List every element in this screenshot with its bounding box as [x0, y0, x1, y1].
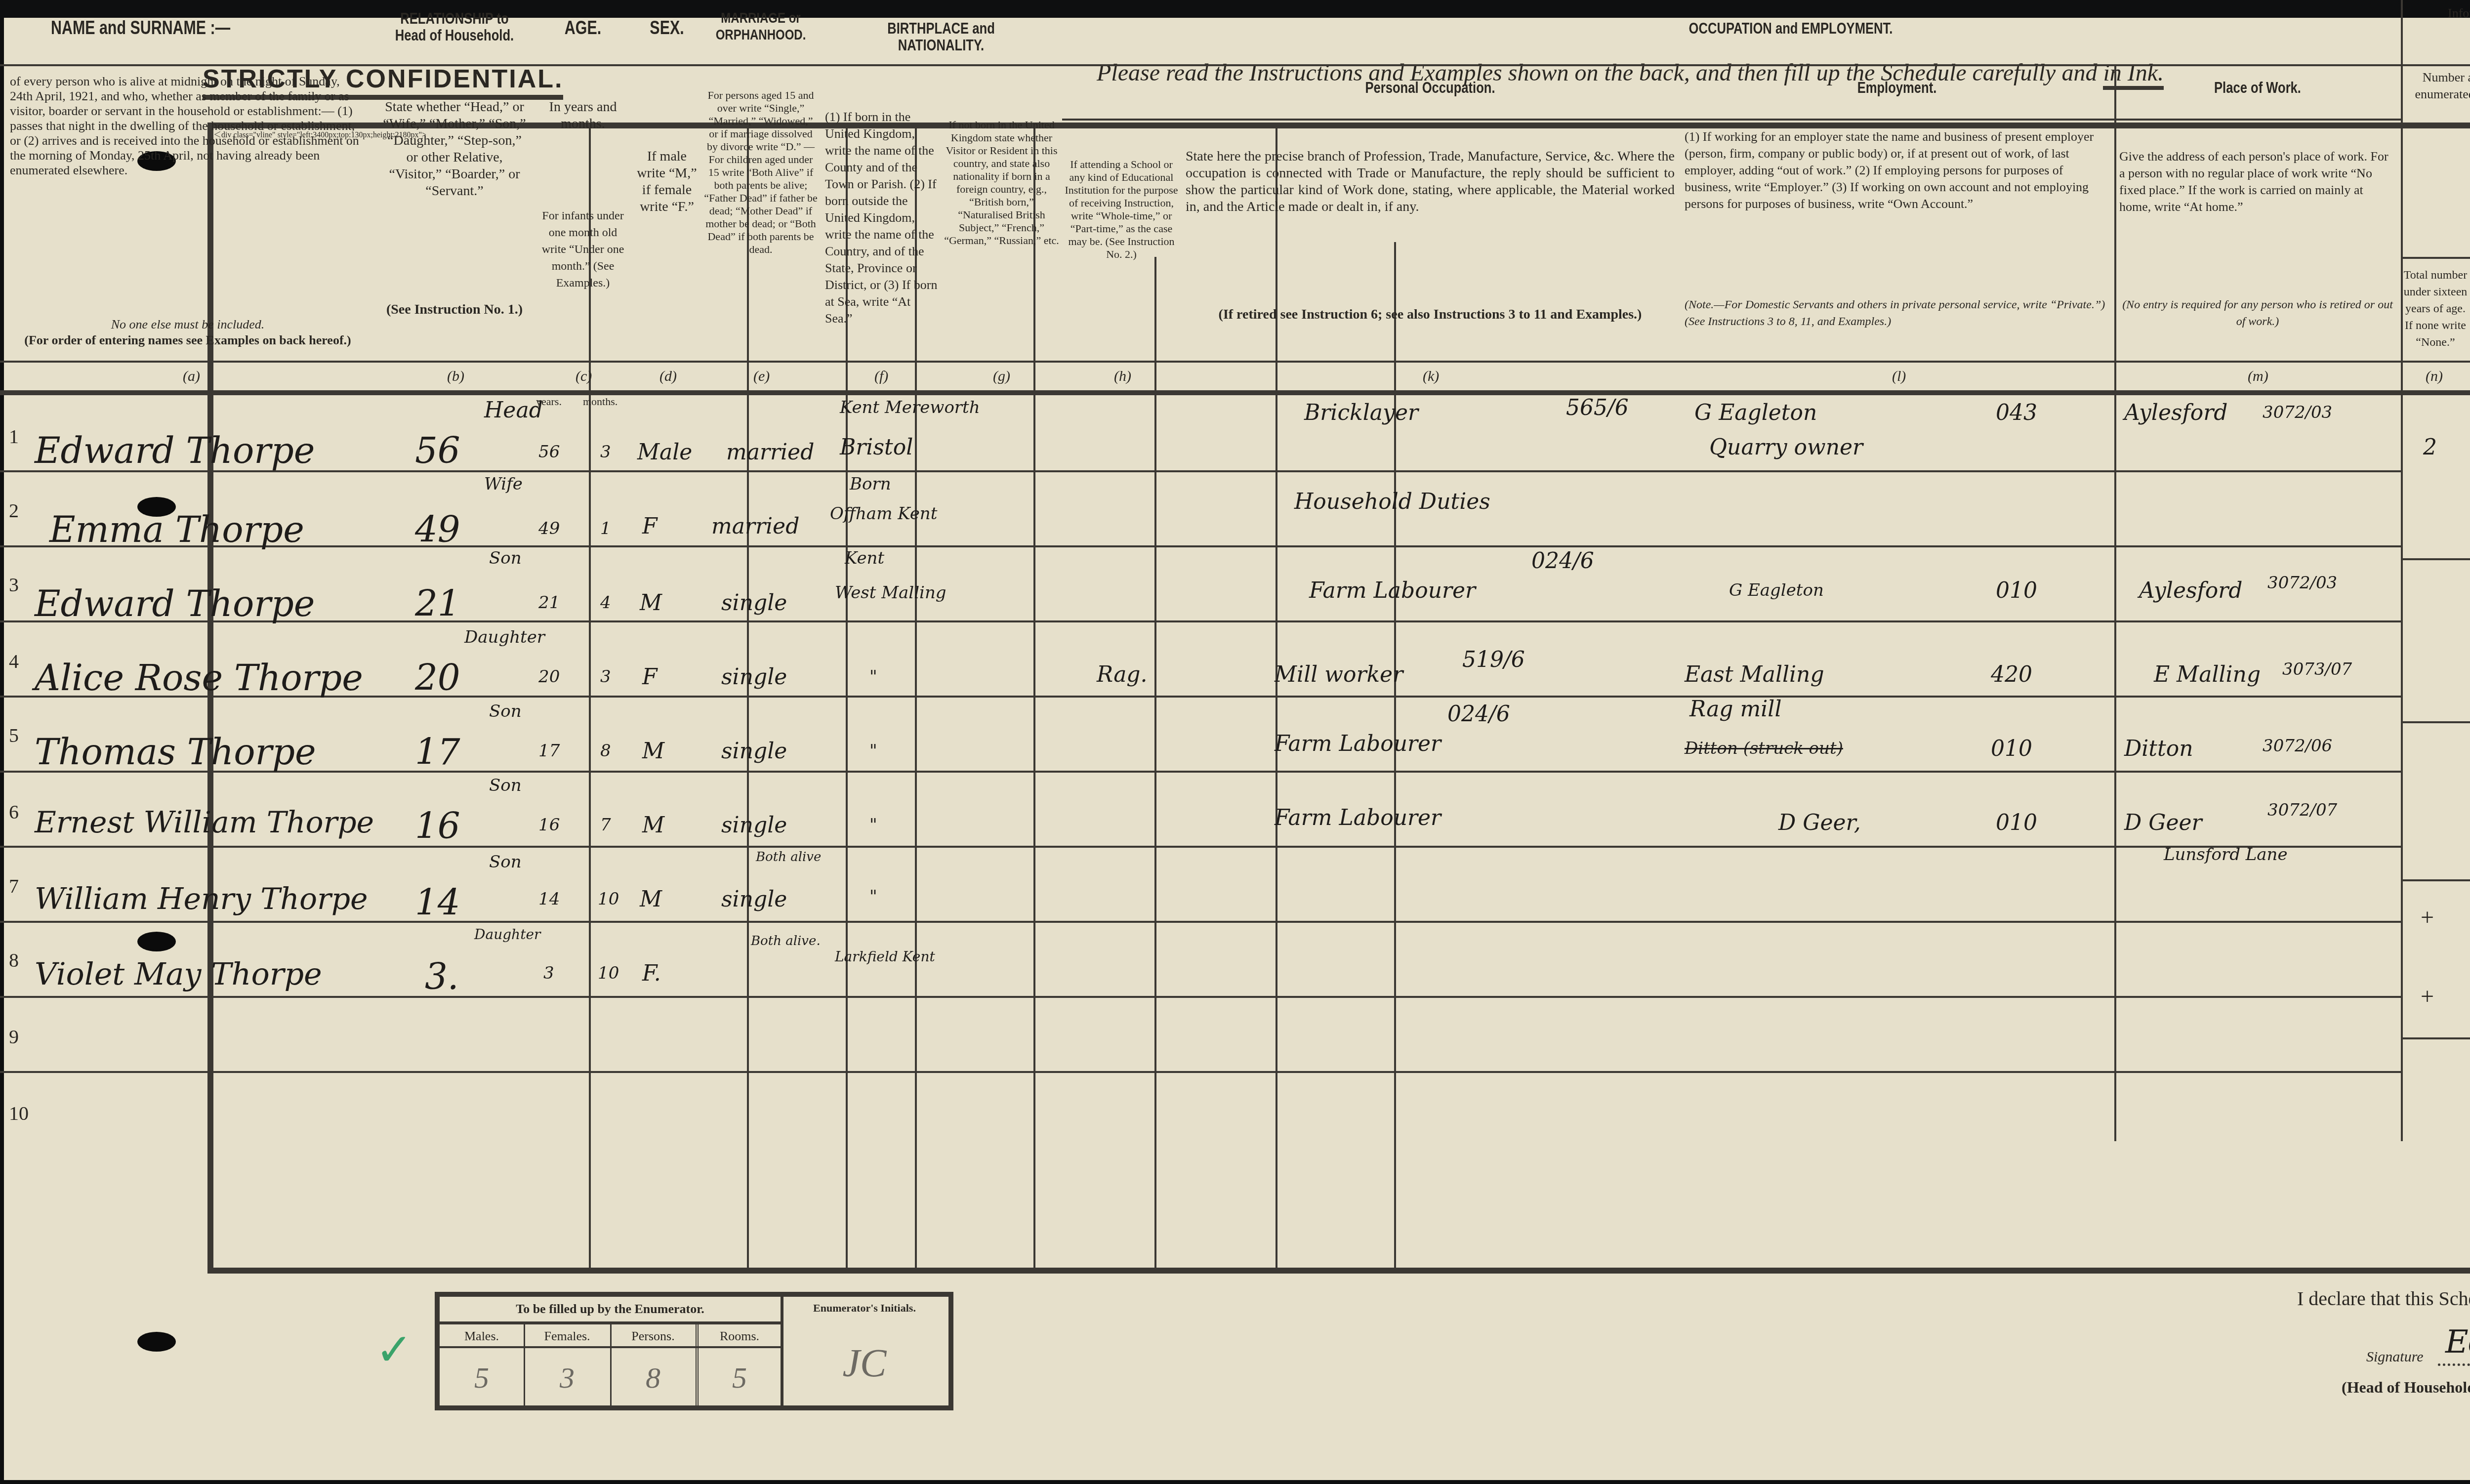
col-m-title: Place of Work. — [2143, 79, 2372, 96]
relationship: Daughter — [464, 627, 545, 647]
occupation: Farm Labourer — [1275, 805, 1441, 830]
sex: F — [642, 664, 658, 690]
birthplace: Larkfield Kent — [835, 948, 935, 965]
age: 3. — [425, 956, 459, 997]
employer: G Eagleton — [1729, 580, 1824, 600]
enumerator-box: To be filled up by the Enumerator. Enume… — [435, 1292, 953, 1410]
work-place-line2: Lunsford Lane — [2164, 845, 2288, 865]
birthplace-line2: Bristol — [840, 435, 913, 460]
marriage: married — [726, 440, 814, 465]
row-number: 6 — [9, 800, 19, 824]
enumerator-initials: JC — [785, 1341, 944, 1386]
work-place: Aylesford — [2124, 400, 2228, 425]
birthplace: Kent Mereworth — [840, 398, 980, 417]
age-years: 21 — [538, 593, 560, 613]
plus-mark: + — [2421, 983, 2434, 1010]
col-e-body: For persons aged 15 and over write “Sing… — [704, 89, 818, 256]
col-letter-b: (b) — [447, 368, 464, 385]
plus-mark: + — [2421, 904, 2434, 931]
sex: M — [640, 887, 662, 912]
col-letter-m: (m) — [2248, 368, 2268, 385]
age-months: 8 — [600, 741, 611, 761]
person-name: Alice Rose Thorpe — [35, 657, 363, 699]
person-name: Edward Thorpe — [35, 430, 315, 471]
row-number: 10 — [9, 1102, 29, 1125]
occupation: Bricklayer — [1304, 400, 1418, 425]
person-name: Thomas Thorpe — [35, 731, 316, 773]
age-months: 4 — [600, 593, 611, 613]
col-letter-g: (g) — [993, 368, 1010, 385]
row-number: 9 — [9, 1025, 19, 1048]
col-b-note: (See Instruction No. 1.) — [380, 301, 529, 318]
col-k-title: Personal Occupation. — [1231, 79, 1630, 96]
col-a-title: NAME and SURNAME :— — [39, 20, 351, 37]
occupation: Farm Labourer — [1275, 731, 1441, 756]
relationship: Son — [489, 776, 522, 795]
occupation: Farm Labourer — [1309, 578, 1476, 603]
age-months: 3 — [600, 667, 611, 687]
males-label: Males. — [440, 1329, 524, 1344]
col-b-body: State whether “Head,” or “Wife,” “Mother… — [380, 99, 529, 200]
marriage: married — [711, 514, 799, 539]
age: 14 — [415, 882, 460, 923]
employment-code: 043 — [1996, 400, 2037, 425]
employer: G Eagleton — [1694, 400, 1817, 425]
males-count: 5 — [440, 1361, 524, 1395]
relationship: Son — [489, 548, 522, 568]
col-m-note: (No entry is required for any person who… — [2119, 296, 2396, 330]
col-c-body: In years and months. — [538, 99, 627, 132]
age-months: 1 — [600, 519, 611, 538]
work-place: Aylesford — [2139, 578, 2243, 603]
age: 20 — [415, 657, 460, 699]
punch-hole — [137, 932, 176, 951]
employer: East Malling — [1685, 662, 1824, 687]
age-years: 16 — [538, 815, 560, 835]
col-a-body: of every person who is alive at midnight… — [10, 74, 366, 178]
relationship: Son — [489, 701, 522, 721]
employment-code: 420 — [1991, 662, 2032, 687]
person-name: Edward Thorpe — [35, 583, 315, 624]
employer-line2: Rag mill — [1689, 697, 1781, 722]
col-c-note: For infants under one month old write “U… — [538, 207, 627, 291]
occupation: Household Duties — [1294, 489, 1490, 514]
birthplace: " — [869, 887, 877, 907]
employer: D Geer, — [1778, 810, 1861, 835]
place-code: 3072/03 — [2267, 573, 2337, 593]
sex: Male — [637, 440, 692, 465]
marriage-note: Both alive. — [751, 934, 821, 948]
persons-label: Persons. — [611, 1329, 695, 1344]
age-years: 14 — [538, 889, 560, 909]
relationship: Daughter — [474, 926, 540, 943]
age-years: 17 — [538, 741, 560, 761]
row-number: 2 — [9, 499, 19, 522]
age-months: 7 — [600, 815, 611, 835]
birthplace: Born — [850, 474, 891, 494]
col-d-body: If male write “M,” if female write “F.” — [635, 148, 699, 215]
age-months: 10 — [598, 963, 619, 983]
col-g-body: If not born in the United Kingdom state … — [944, 119, 1060, 247]
signature-line — [2438, 1363, 2470, 1366]
col-letter-a: (a) — [183, 368, 200, 385]
birthplace-line2: Offham Kent — [830, 504, 937, 524]
relationship: Head — [484, 398, 543, 423]
occupation-code: 024/6 — [1447, 701, 1510, 727]
persons-count: 8 — [611, 1361, 695, 1395]
marriage: single — [721, 813, 787, 838]
occupation-code: 024/6 — [1531, 548, 1594, 574]
age-years: 49 — [538, 519, 560, 538]
col-l-body: (1) If working for an employer state the… — [1685, 128, 2109, 212]
sex: M — [642, 813, 664, 838]
birthplace-line2: West Malling — [835, 583, 947, 603]
col-l-title: Employment. — [1723, 79, 2071, 96]
work-place: D Geer — [2124, 810, 2202, 835]
check-mark-icon: ✓ — [375, 1324, 412, 1376]
work-place: E Malling — [2154, 662, 2261, 687]
col-k-note: (If retired see Instruction 6; see also … — [1186, 306, 1675, 323]
age-years: 3 — [543, 963, 554, 983]
occupation-code: 565/6 — [1566, 395, 1629, 420]
birthplace: " — [869, 815, 877, 835]
col-a-note2: (For order of entering names see Example… — [10, 332, 366, 349]
marriage: single — [721, 739, 787, 764]
birthplace: " — [869, 741, 877, 761]
col-letter-n: (n) — [2426, 368, 2443, 385]
place-code: 3073/07 — [2282, 660, 2352, 679]
col-l-note: (Note.—For Domestic Servants and others … — [1685, 296, 2109, 330]
females-label: Females. — [525, 1329, 610, 1344]
place-code: 3072/07 — [2267, 800, 2337, 820]
occupation-code: 519/6 — [1462, 647, 1525, 672]
col-letter-d: (d) — [659, 368, 677, 385]
sex: M — [642, 739, 664, 764]
col-b-title: RELATIONSHIP to Head of Household. — [391, 10, 518, 43]
row-number: 5 — [9, 724, 19, 747]
employer: Ditton (struck out) — [1685, 739, 1843, 758]
sex: M — [640, 590, 662, 616]
col-k-body: State here the precise branch of Profess… — [1186, 148, 1675, 215]
row-number: 7 — [9, 874, 19, 898]
col-c-title: AGE. — [543, 20, 622, 37]
signature-note: (Head of Household, Manager of Establish… — [2342, 1378, 2470, 1397]
marriage: single — [721, 590, 787, 616]
col-letter-e: (e) — [753, 368, 770, 385]
col-fg-title: BIRTHPLACE and NATIONALITY. — [844, 20, 1038, 53]
col-letter-h: (h) — [1114, 368, 1131, 385]
age-months-label: months. — [583, 395, 617, 408]
person-name: Emma Thorpe — [49, 509, 304, 550]
females-count: 3 — [525, 1361, 610, 1395]
person-name: William Henry Thorpe — [35, 882, 368, 916]
col-a-note: No one else must be included. — [10, 316, 366, 333]
signature-label: Signature — [2366, 1349, 2424, 1365]
work-place: Ditton — [2124, 736, 2193, 761]
person-name: Violet May Thorpe — [35, 956, 322, 992]
age-months: 3 — [600, 442, 611, 462]
col-no-title: Information required only in respect of … — [2406, 5, 2470, 22]
signature: Edward Thorpe — [2445, 1324, 2470, 1360]
age-months: 10 — [598, 889, 619, 909]
col-letter-f: (f) — [874, 368, 888, 385]
age: 56 — [415, 430, 460, 471]
marriage: single — [721, 887, 787, 912]
age-years: 56 — [538, 442, 560, 462]
row-number: 8 — [9, 948, 19, 972]
col-m-body: Give the address of each person's place … — [2119, 148, 2396, 215]
age: 17 — [415, 731, 460, 773]
birthplace: " — [869, 667, 877, 687]
col-e-title: MARRIAGE or ORPHANHOOD. — [713, 10, 808, 43]
rooms-count: 5 — [699, 1361, 781, 1395]
col-occ-title: OCCUPATION and EMPLOYMENT. — [1303, 20, 2279, 37]
employment-code: 010 — [1996, 578, 2037, 603]
col-h-body: If attending a School or any kind of Edu… — [1065, 158, 1178, 261]
employment-code: 010 — [1996, 810, 2037, 835]
birthplace: Kent — [845, 548, 884, 568]
relationship: Son — [489, 852, 522, 872]
occupation: Mill worker — [1275, 662, 1403, 687]
relationship: Wife — [484, 474, 523, 494]
age: 16 — [415, 805, 460, 847]
col-letter-l: (l) — [1892, 368, 1906, 385]
household-schedule-table: ＜div class="vline" style="left:3400px;to… — [207, 123, 2470, 1274]
col-letter-k: (k) — [1423, 368, 1439, 385]
marriage-note: Both alive — [756, 850, 821, 865]
children-total: 2 — [2423, 435, 2437, 460]
declaration-text: I declare that this Schedule is correctl… — [2297, 1287, 2470, 1310]
place-code: 3072/03 — [2263, 403, 2332, 422]
punch-hole — [137, 1332, 176, 1352]
age-years: 20 — [538, 667, 560, 687]
row-number: 3 — [9, 573, 19, 596]
col-f-body: (1) If born in the United Kingdom, write… — [825, 109, 939, 327]
col-n-body: Total number under sixteen years of age.… — [2403, 267, 2468, 351]
col-no-body: Number and ages of all living children a… — [2406, 69, 2470, 120]
marriage: single — [721, 664, 787, 690]
col-d-title: SEX. — [639, 20, 695, 37]
rooms-label: Rooms. — [699, 1329, 781, 1344]
age: 49 — [415, 509, 460, 550]
row-number: 4 — [9, 650, 19, 673]
school-or-industry: Rag. — [1097, 662, 1148, 687]
person-name: Ernest William Thorpe — [35, 805, 374, 840]
sex: F. — [642, 961, 661, 986]
employer-line2: Quarry owner — [1709, 435, 1863, 460]
age: 21 — [415, 583, 460, 624]
sex: F — [642, 514, 658, 539]
col-letter-c: (c) — [576, 368, 592, 385]
enumerator-initials-label: Enumerator's Initials. — [785, 1302, 944, 1315]
employment-code: 010 — [1991, 736, 2032, 761]
enumerator-box-title: To be filled up by the Enumerator. — [440, 1302, 781, 1317]
row-number: 1 — [9, 425, 19, 448]
place-code: 3072/06 — [2263, 736, 2332, 756]
